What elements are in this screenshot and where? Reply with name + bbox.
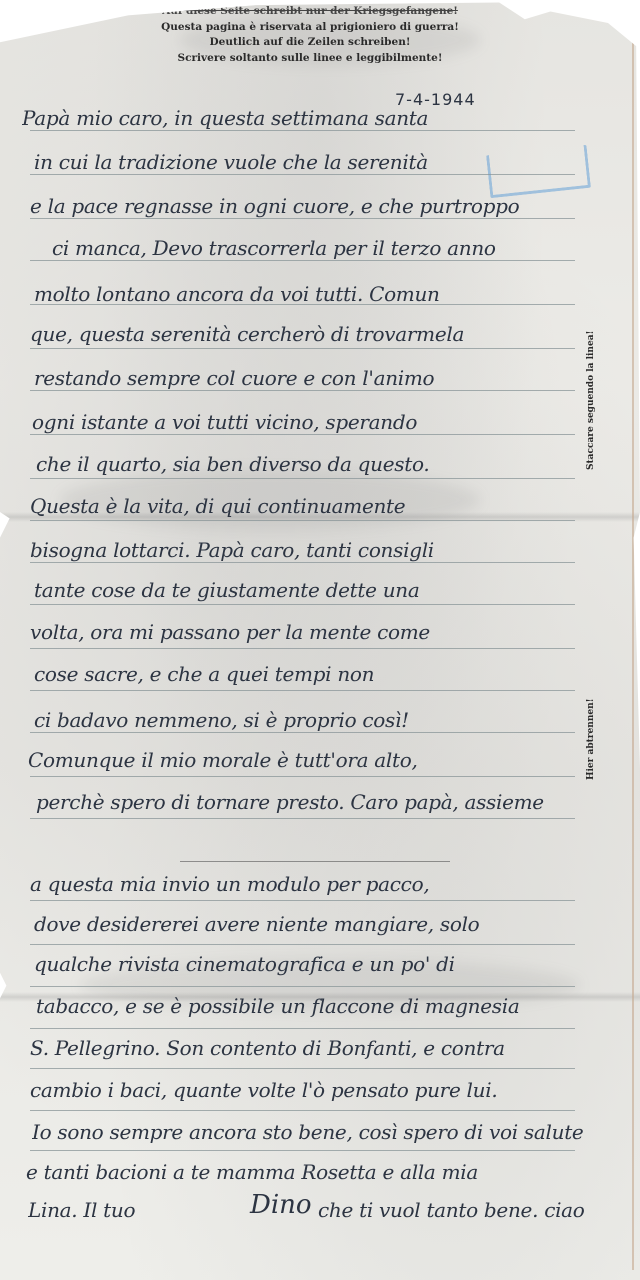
handwritten-line: Lina. Il tuo (28, 1198, 228, 1222)
ruled-line (30, 174, 575, 175)
ruled-line (30, 434, 575, 435)
ruled-line (30, 260, 575, 261)
handwritten-line: restando sempre col cuore e con l'animo (34, 366, 594, 390)
handwritten-line: e la pace regnasse in ogni cuore, e che … (30, 194, 590, 218)
ruled-line (30, 1028, 575, 1029)
handwritten-line: in cui la tradizione vuole che la sereni… (34, 150, 574, 174)
handwritten-line: ogni istante a voi tutti vicino, sperand… (32, 410, 572, 434)
handwritten-line: perchè spero di tornare presto. Caro pap… (36, 790, 636, 814)
printed-header: Auf diese Seite schreibt nur der Kriegsg… (130, 4, 490, 66)
ruled-line (30, 604, 575, 605)
handwritten-line: Papà mio caro, in questa settimana santa (22, 106, 582, 130)
ruled-line (30, 648, 575, 649)
handwritten-line: Comunque il mio morale è tutt'ora alto, (28, 748, 568, 772)
handwritten-line: volta, ora mi passano per la mente come (30, 620, 590, 644)
margin-text-detach-german: Hier abtrennen! (586, 698, 596, 780)
handwritten-line: tante cose da te giustamente dette una (34, 578, 574, 602)
ruled-line (30, 390, 575, 391)
handwritten-line: che ti vuol tanto bene. ciao (318, 1198, 618, 1222)
handwritten-line: bisogna lottarci. Papà caro, tanti consi… (30, 538, 570, 562)
handwritten-line: a questa mia invio un modulo per pacco, (30, 872, 590, 896)
handwritten-line: tabacco, e se è possibile un flaccone di… (36, 994, 626, 1018)
handwritten-line: ci manca, Devo trascorrerla per il terzo… (52, 236, 592, 260)
ruled-line (30, 818, 575, 819)
ruled-line (30, 348, 575, 349)
ruled-line (30, 304, 575, 305)
ruled-line (30, 478, 575, 479)
handwritten-line: che il quarto, sia ben diverso da questo… (36, 452, 576, 476)
ruled-line (30, 776, 575, 777)
handwritten-line: Questa è la vita, di qui continuamente (30, 494, 570, 518)
ruled-line (30, 986, 575, 987)
handwritten-line: cose sacre, e che a quei tempi non (34, 662, 554, 686)
ruled-line (30, 1110, 575, 1111)
header-italian-instructions: Scrivere soltanto sulle linee e leggibil… (130, 51, 490, 67)
margin-text-detach-italian: Staccare seguendo la linea! (586, 331, 596, 470)
header-german-struck: Auf diese Seite schreibt nur der Kriegsg… (130, 4, 490, 20)
ruled-line (30, 520, 575, 521)
handwritten-line: dove desidererei avere niente mangiare, … (34, 912, 594, 936)
ruled-line (30, 900, 575, 901)
ruled-line (30, 1068, 575, 1069)
ruled-line (30, 732, 575, 733)
handwritten-line: S. Pellegrino. Son contento di Bonfanti,… (30, 1036, 620, 1060)
ruled-line (30, 562, 575, 563)
ruled-line (30, 1150, 575, 1151)
signature: Dino (250, 1190, 312, 1220)
ruled-line (30, 218, 575, 219)
handwritten-line: cambio i baci, quante volte l'ò pensato … (30, 1078, 590, 1102)
letter-sheet: Auf diese Seite schreibt nur der Kriegsg… (0, 0, 640, 1280)
ruled-line (30, 690, 575, 691)
section-divider (180, 861, 450, 862)
header-german-instructions: Deutlich auf die Zeilen schreiben! (130, 35, 490, 51)
ruled-line (30, 944, 575, 945)
header-italian-reserved: Questa pagina è riservata al prigioniero… (130, 20, 490, 36)
handwritten-line: ci badavo nemmeno, si è proprio così! (34, 708, 574, 732)
handwritten-line: que, questa serenità cercherò di trovarm… (30, 322, 590, 346)
handwritten-line: e tanti bacioni a te mamma Rosetta e all… (26, 1160, 616, 1184)
handwritten-line: Io sono sempre ancora sto bene, così spe… (32, 1120, 622, 1144)
ruled-line (30, 130, 575, 131)
handwritten-line: qualche rivista cinematografica e un po'… (34, 952, 594, 976)
torn-edge (632, 40, 634, 1270)
handwritten-line: molto lontano ancora da voi tutti. Comun (34, 282, 594, 306)
